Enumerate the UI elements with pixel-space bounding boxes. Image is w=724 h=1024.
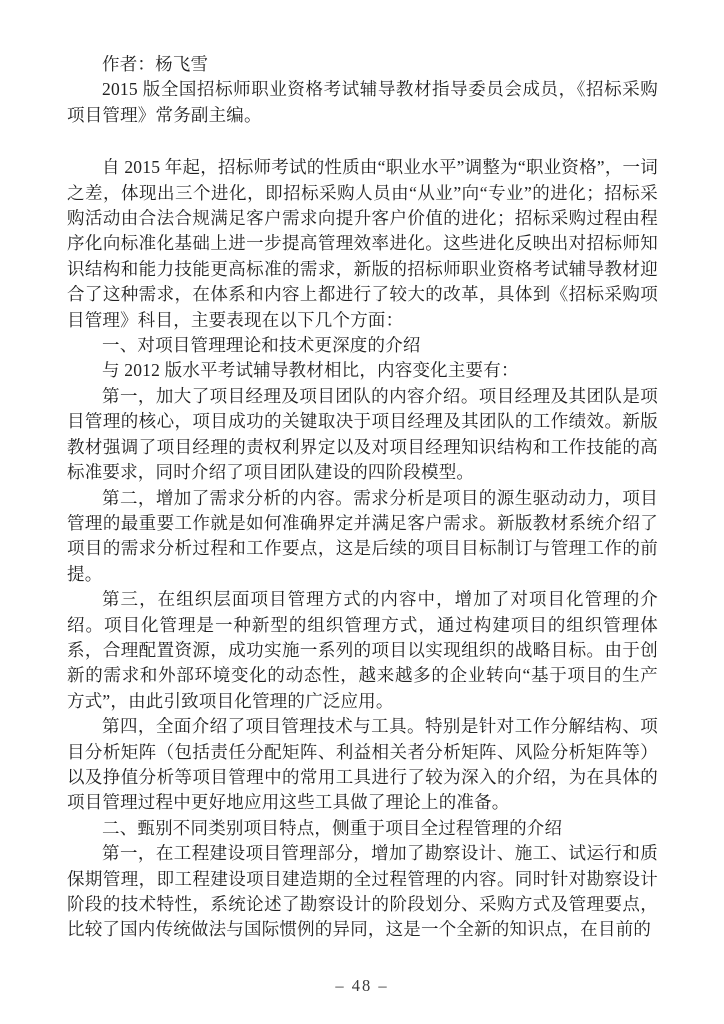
section-two-heading: 二、甄别不同类别项目特点，侧重于项目全过程管理的介绍 — [67, 816, 658, 841]
page-number: – 48 – — [335, 976, 388, 995]
section-one-point-1: 第一，加大了项目经理及项目团队的内容介绍。项目经理及其团队是项目管理的核心，项目… — [67, 384, 658, 486]
author-line: 作者：杨飞雪 — [67, 52, 658, 77]
intro-paragraph: 自 2015 年起，招标师考试的性质由“职业水平”调整为“职业资格”，一词之差，… — [67, 155, 658, 333]
section-one-point-2: 第二，增加了需求分析的内容。需求分析是项目的源生驱动动力，项目管理的最重要工作就… — [67, 486, 658, 588]
section-one-point-4: 第四，全面介绍了项目管理技术与工具。特别是针对工作分解结构、项目分析矩阵（包括责… — [67, 714, 658, 816]
document-page: 作者：杨飞雪 2015 版全国招标师职业资格考试辅导教材指导委员会成员，《招标采… — [0, 0, 724, 1024]
section-one-heading: 一、对项目管理理论和技术更深度的介绍 — [67, 333, 658, 358]
author-bio: 2015 版全国招标师职业资格考试辅导教材指导委员会成员，《招标采购项目管理》常… — [67, 77, 658, 128]
page-content: 作者：杨飞雪 2015 版全国招标师职业资格考试辅导教材指导委员会成员，《招标采… — [67, 52, 658, 943]
section-two-point-1: 第一，在工程建设项目管理部分，增加了勘察设计、施工、试运行和质保期管理，即工程建… — [67, 841, 658, 943]
section-one-point-3: 第三，在组织层面项目管理方式的内容中，增加了对项目化管理的介绍。项目化管理是一种… — [67, 587, 658, 714]
page-footer: – 48 – — [0, 976, 724, 996]
section-one-lead: 与 2012 版水平考试辅导教材相比，内容变化主要有： — [67, 358, 658, 383]
